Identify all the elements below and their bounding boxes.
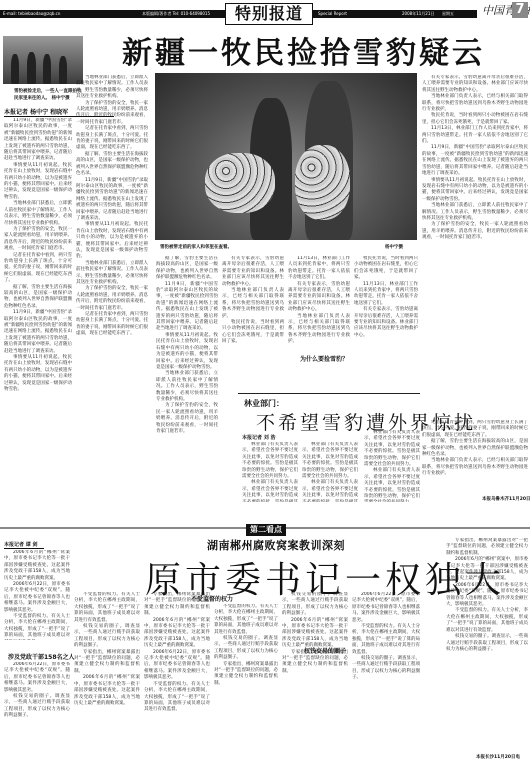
section-title: 特别报道 xyxy=(225,3,313,25)
main-photo-credit: 杨中宁摄 xyxy=(385,244,403,250)
story1-column-5: 11月13日，林业部门工作人员来到托肯家中，将两只雪豹幼崽带走。托肯一家人依依不… xyxy=(288,256,350,366)
small-photo xyxy=(3,36,83,84)
page-number: 7 xyxy=(512,2,528,18)
header-bar-left: E-mail: tebiebaodao@zqb.cn 本版编辑/著作者 Tel:… xyxy=(0,10,225,18)
story3-column-4: 不受监督的权力。有关人士分析，李大伦在郴州主政期间，大权独揽，形成了“一把手”说… xyxy=(214,604,278,762)
story3-column-1b: 2006年6月22日，原市委书记李大伦被中纪委“双规”。随后，原市纪委书记曾锦春… xyxy=(4,662,70,762)
story1-column-right-cont: 记者在托肯家中看到，两只雪豹幼崽身上长满了斑点，十分可爱。托肯的妻子说，刚带回来… xyxy=(422,420,528,495)
story1-subhead: 为什么要捡雪豹？ xyxy=(300,354,340,363)
story1-column-2: 当地林业部门获悉后，立即派人前往牧民家中了解情况。工作人员表示，野生雪豹数量稀少… xyxy=(76,75,148,496)
header-bar-right: Special Report 2008年11月21日 星期五 xyxy=(312,10,477,18)
story3-column-6: 2006年6月22日，原市委书记李大伦被中纪委“双规”。随后，原市纪委书记曾锦春… xyxy=(352,592,420,762)
story1-dateline: 本报乌鲁木齐11月20日电 xyxy=(482,496,530,502)
story3-column-2: 不受监督的权力。有关人士分析，李大伦在郴州主政期间，大权独揽，形成了“一把手”说… xyxy=(74,592,140,762)
story1-column-3: 据了解，雪豹主要生活在海拔较高的山区，是国家一级保护动物，也被列入世界自然保护联… xyxy=(156,256,218,496)
header-section-en: Special Report xyxy=(318,10,347,18)
story3-column-7: 专家指出，郴州窝案暴露出对“一把手”监督缺位的问题，必须建立健全权力制约和监督机… xyxy=(446,538,528,752)
story3-kicker: 湖南郴州腐败窝案教训深刻 xyxy=(207,537,345,553)
story1-column-1: 11月9日，新疆“中国雪豹”录取阿尔泰山区牧民的故事，一度被“新疆牧民捡到雪豹幼… xyxy=(4,118,72,496)
header-date: 2008年11月21日 xyxy=(402,10,434,18)
story2-column-2: 林业部门有关负责人表示，希望社会各界不要过度关注此事，以免对雪豹造成不必要的惊扰… xyxy=(302,442,358,502)
story1-column-6: 牧民托肯说，当时看到两只小动物被困在岩石缝里，担心它们会冻死饿死，于是就带回了家… xyxy=(354,256,418,366)
header-email: E-mail: tebiebaodao@zqb.cn xyxy=(3,10,60,18)
story2-column-3: 林业部门有关负责人表示，希望社会各界不要过度关注此事，以免对雪豹造成不必要的惊扰… xyxy=(364,430,420,502)
small-photo-caption: 雪豹被捡走后，一些人一直跟拍牧民家里来往的人。 杨中宁摄 xyxy=(14,88,84,102)
header-weekday: 星期五 xyxy=(442,10,454,18)
story3-column-5: 权钱交易的圈子。调查显示，一些商人通过行贿手段获取工程项目，形成了以权力为核心的… xyxy=(282,592,348,762)
story3-dateline: 本报长沙11月20日电 xyxy=(476,754,520,760)
header-editor-info: 本版编辑/著作者 Tel: 010-64098015 xyxy=(142,10,210,18)
story3-column-1: 2006年6月的“郴州”窝案中，原市委书记李大伦等一批干部因涉嫌受贿被查处。这起… xyxy=(4,550,70,640)
story2-byline: 本报记者 刘 浩 xyxy=(242,434,275,441)
story3-column-3: 专家指出，郴州窝案暴露出对“一把手”监督缺位的问题，必须建立健全权力制约和监督机… xyxy=(144,592,210,762)
story3-subhead-1: 涉及党政干部158名之人 xyxy=(8,652,70,661)
main-photo-snow-leopards xyxy=(155,73,417,240)
story3-tag: 第二看点 xyxy=(246,524,286,536)
story1-column-4: 有关专家表示，雪豹幼崽离开母亲后很难存活，人工喂养需要专业的知识和设备。林业部门… xyxy=(222,256,284,366)
story3-byline: 本报记者 谭 剑 xyxy=(4,541,44,549)
story1-column-right: 有关专家表示，雪豹幼崽离开母亲后很难存活，人工喂养需要专业的知识和设备。林业部门… xyxy=(422,75,528,420)
story2-top-rule xyxy=(238,393,420,394)
story1-headline: 新疆一牧民捡拾雪豹疑云 xyxy=(122,28,422,72)
story2-column-1: 林业部门有关负责人表示，希望社会各界不要过度关注此事，以免对雪豹造成不必要的惊扰… xyxy=(242,442,298,502)
main-photo-caption: 雪豹被带走前的家人和邻里在查看。 xyxy=(160,244,380,251)
